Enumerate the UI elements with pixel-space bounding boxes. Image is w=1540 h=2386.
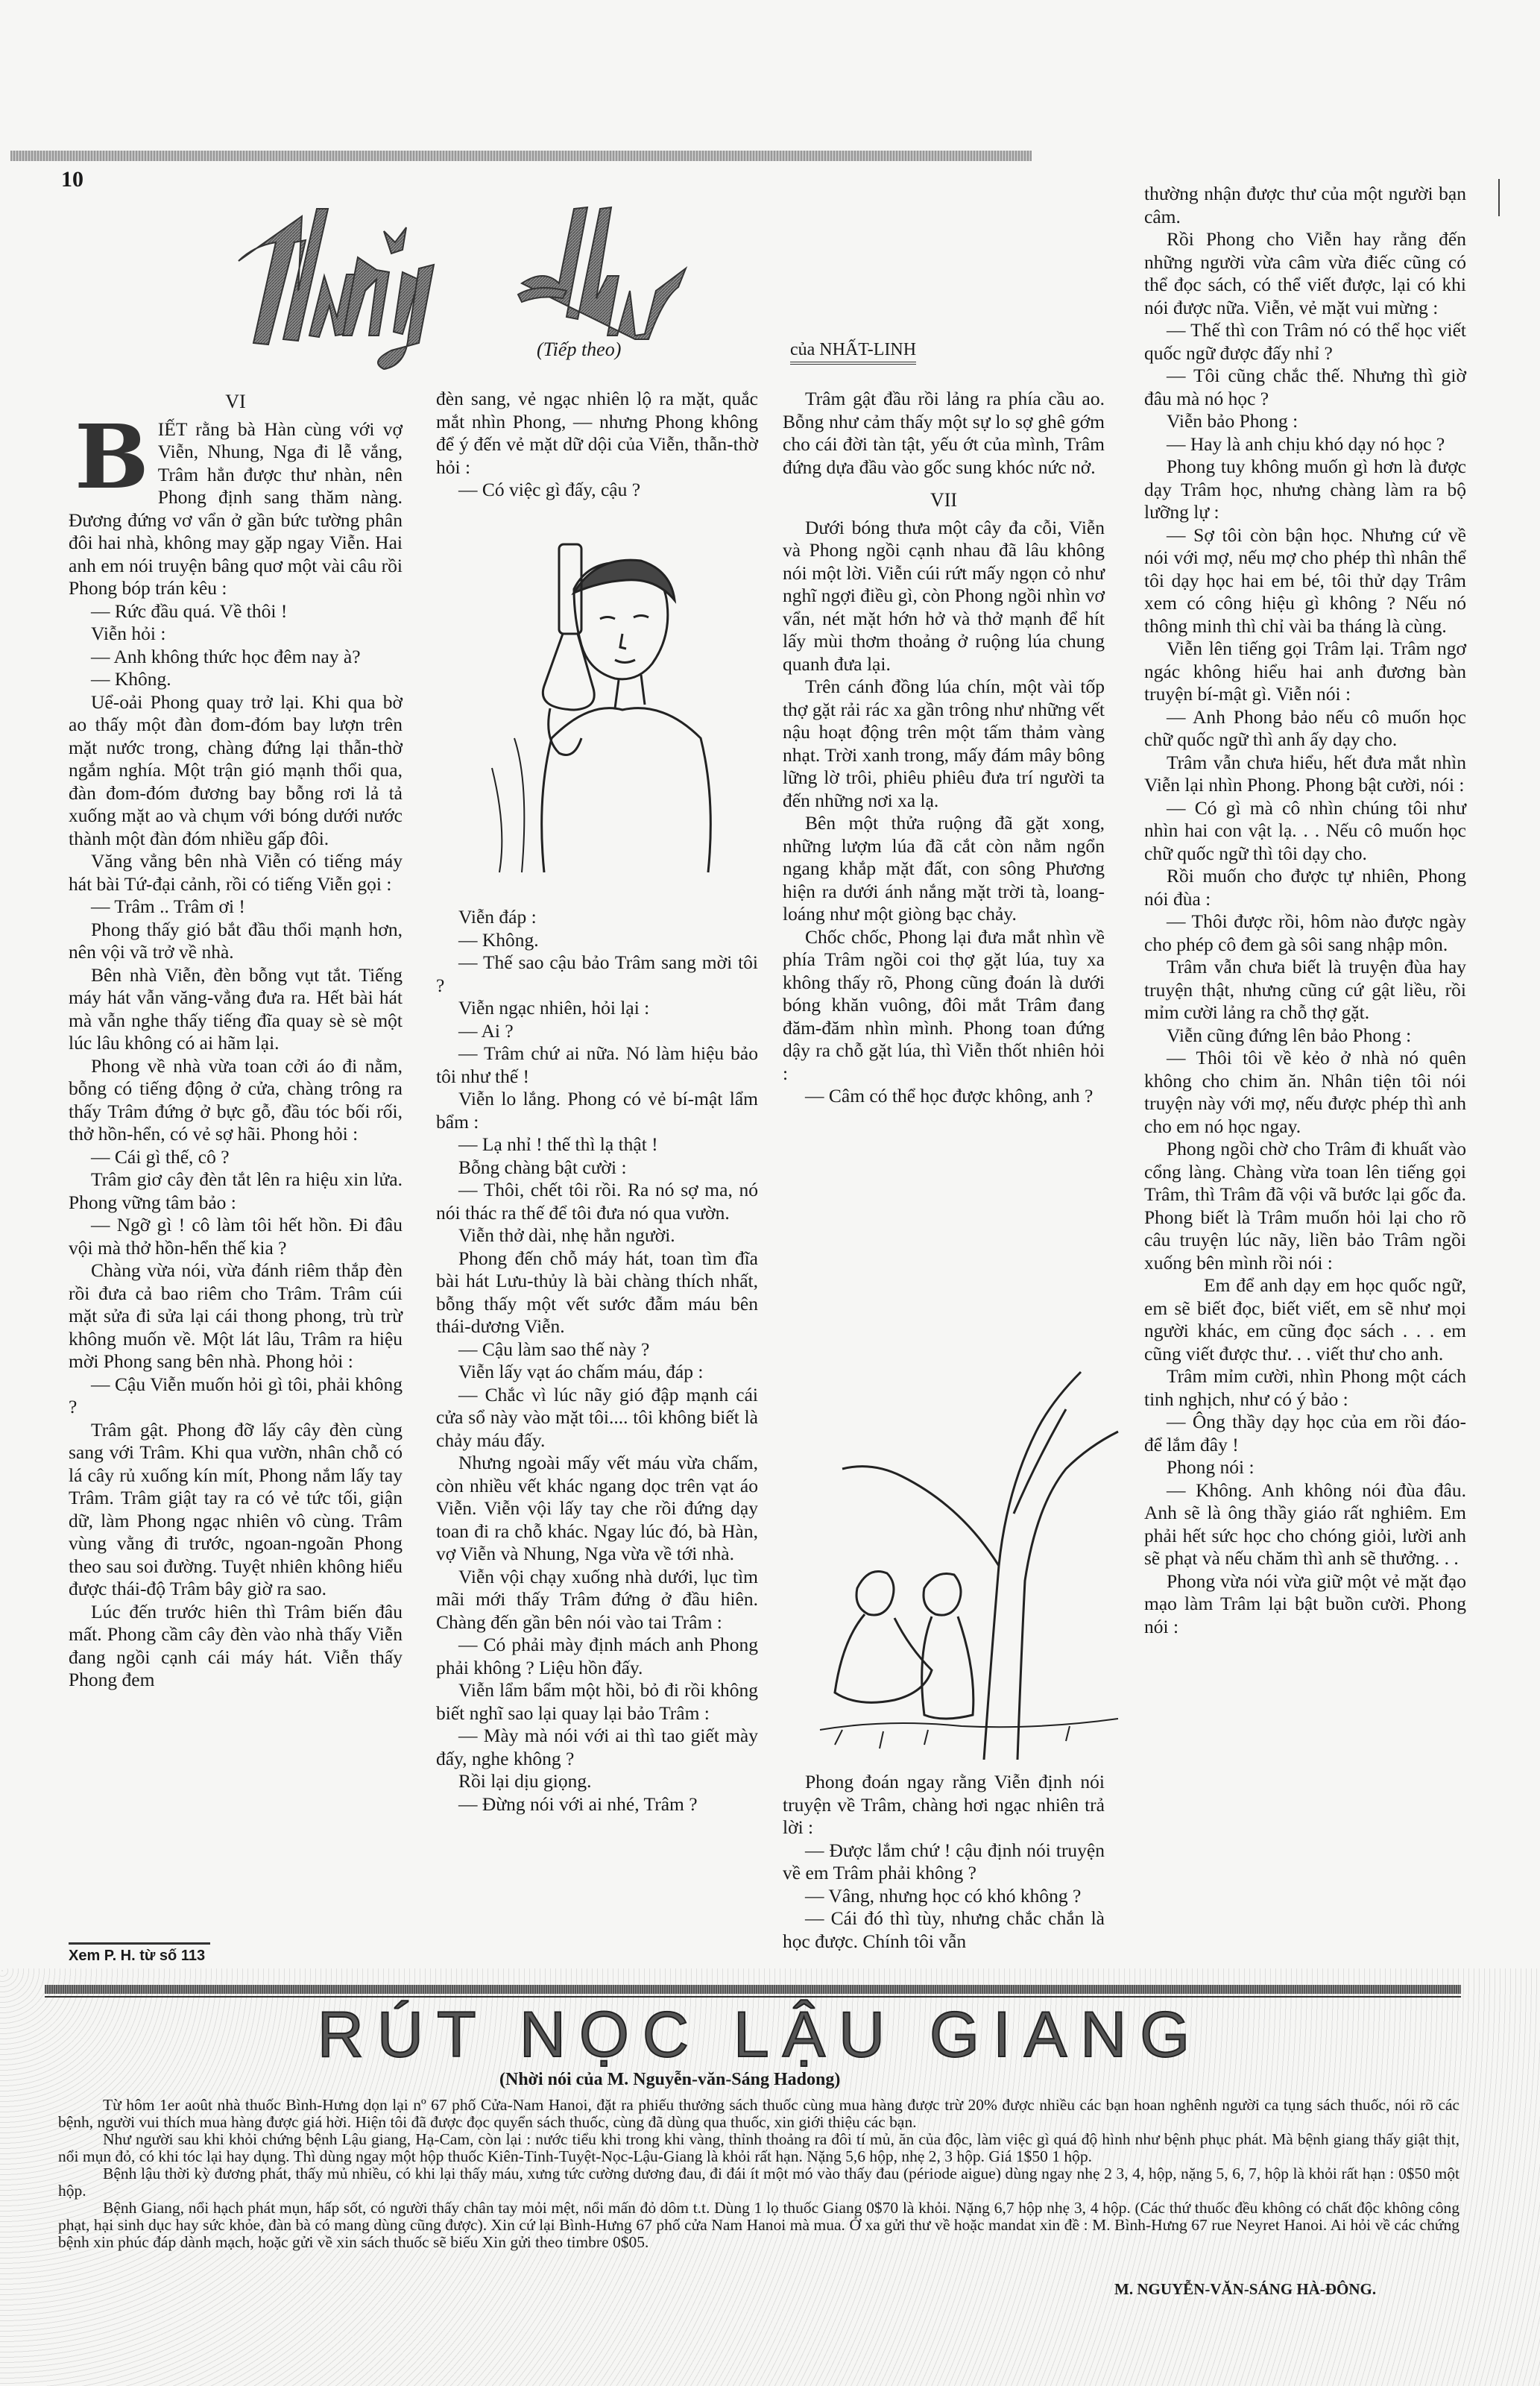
margin-mark — [1498, 179, 1500, 216]
paragraph: Nhưng ngoài mấy vết máu vừa chấm, còn nh… — [436, 1452, 758, 1566]
paragraph: Dưới bóng thưa một cây đa cỗi, Viễn và P… — [783, 517, 1105, 676]
paragraph: Trâm mỉm cười, nhìn Phong một cách tinh … — [1144, 1365, 1466, 1411]
ad-paragraph: Như người sau khi khỏi chứng bệnh Lậu gi… — [58, 2131, 1459, 2165]
paragraph: Bỗng chàng bật cười : — [436, 1156, 758, 1180]
paragraph: — Không. Anh không nói đùa đâu. Anh sẽ l… — [1144, 1479, 1466, 1570]
paragraph: — Mày mà nói với ai thì tao giết mày đấy… — [436, 1725, 758, 1770]
page-number: 10 — [61, 167, 83, 192]
paragraph: Phong nói : — [1144, 1456, 1466, 1479]
paragraph: Trâm gật đầu rồi lảng ra phía cầu ao. Bỗ… — [783, 388, 1105, 479]
illustration-woman-holding-lamp — [462, 514, 745, 887]
story-column-2-top: đèn sang, vẻ ngạc nhiên lộ ra mặt, quắc … — [436, 388, 758, 502]
paragraph: Rồi muốn cho được tự nhiên, Phong nói đù… — [1144, 865, 1466, 910]
paragraph: — Có việc gì đấy, cậu ? — [436, 479, 758, 502]
paragraph: Bên nhà Viễn, đèn bỗng vụt tắt. Tiếng má… — [69, 964, 403, 1055]
paragraph: Viễn hỏi : — [69, 623, 403, 646]
ad-paragraph: Từ hôm 1er août nhà thuốc Bình-Hưng dọn … — [58, 2097, 1459, 2131]
paragraph: — Thôi tôi về kẻo ở nhà nó quên không ch… — [1144, 1047, 1466, 1138]
paragraph: — Có gì mà cô nhìn chúng tôi như nhìn ha… — [1144, 797, 1466, 866]
paragraph: Phong đến chỗ máy hát, toan tìm đĩa bài … — [436, 1247, 758, 1338]
paragraph: Bên một thửa ruộng đã gặt xong, những lư… — [783, 812, 1105, 926]
ad-divider — [45, 1985, 1461, 1994]
paragraph: — Thế sao cậu bảo Trâm sang mời tôi ? — [436, 951, 758, 997]
paragraph: — Cái gì thế, cô ? — [69, 1146, 403, 1169]
paragraph: Viễn cũng đứng lên bảo Phong : — [1144, 1024, 1466, 1048]
paragraph: Văng vẳng bên nhà Viễn có tiếng máy hát … — [69, 850, 403, 895]
ad-divider-line — [45, 1996, 1461, 1998]
ad-subtitle: (Nhời nói của M. Nguyễn-văn-Sáng Hadong) — [499, 2070, 840, 2090]
paragraph: — Không. — [436, 929, 758, 952]
paragraph: Phong đoán ngay rằng Viễn định nói truyệ… — [783, 1771, 1105, 1839]
chapter-heading: VII — [783, 489, 1105, 512]
paragraph: Viễn ngạc nhiên, hỏi lại : — [436, 997, 758, 1020]
paragraph: — Có phải mày định mách anh Phong phải k… — [436, 1634, 758, 1679]
paragraph: — Rức đầu quá. Về thôi ! — [69, 600, 403, 623]
top-rule — [10, 151, 1032, 161]
paragraph: đèn sang, vẻ ngạc nhiên lộ ra mặt, quắc … — [436, 388, 758, 479]
drop-cap: B — [75, 423, 149, 491]
paragraph: Viễn lên tiếng gọi Trâm lại. Trâm ngơ ng… — [1144, 638, 1466, 706]
story-column-4: thường nhận được thư của một người bạn c… — [1144, 183, 1466, 1638]
story-column-2-bottom: Viễn đáp : — Không. — Thế sao cậu bảo Tr… — [436, 906, 758, 1816]
story-column-3-top: Trâm gật đầu rồi lảng ra phía cầu ao. Bỗ… — [783, 388, 1105, 1108]
paragraph: Trên cánh đồng lúa chín, một vài tốp thợ… — [783, 676, 1105, 812]
paragraph: — Chắc vì lúc nãy gió đập mạnh cái cửa s… — [436, 1384, 758, 1452]
paragraph: — Anh Phong bảo nếu cô muốn học chữ quốc… — [1144, 706, 1466, 752]
paragraph: — Cái đó thì tùy, nhưng chắc chắn là học… — [783, 1907, 1105, 1953]
paragraph: Viễn lo lắng. Phong có vẻ bí-mật lẩm bẩm… — [436, 1088, 758, 1133]
paragraph: Phong ngồi chờ cho Trâm đi khuất vào cổn… — [1144, 1138, 1466, 1274]
paragraph: — Ông thầy dạy học của em rồi đáo-để lắm… — [1144, 1411, 1466, 1456]
paragraph: — Thế thì con Trâm nó có thể học viết qu… — [1144, 319, 1466, 365]
illustration-couple-under-banyan-tree — [812, 1342, 1126, 1760]
paragraph: — Thôi được rồi, hôm nào được ngày cho p… — [1144, 910, 1466, 956]
paragraph: — Được lắm chứ ! cậu định nói truyện về … — [783, 1839, 1105, 1885]
paragraph: Trâm gật. Phong đỡ lấy cây đèn cùng sang… — [69, 1419, 403, 1601]
paragraph: Chốc chốc, Phong lại đưa mắt nhìn về phí… — [783, 926, 1105, 1086]
paragraph: Lúc đến trước hiên thì Trâm biến đâu mất… — [69, 1601, 403, 1692]
paragraph: — Ngỡ gì ! cô làm tôi hết hồn. Đi đâu vộ… — [69, 1214, 403, 1259]
paragraph: Phong về nhà vừa toan cởi áo đi nằm, bỗn… — [69, 1055, 403, 1146]
paragraph: Trâm vẫn chưa biết là truyện đùa hay tru… — [1144, 956, 1466, 1024]
ad-paragraph: Bệnh Giang, nổi hạch phát mụn, hấp sốt, … — [58, 2200, 1459, 2251]
paragraph: Viễn vội chạy xuống nhà dưới, lục tìm mã… — [436, 1566, 758, 1634]
paragraph: — Ai ? — [436, 1020, 758, 1043]
paragraph: Trâm vẫn chưa hiểu, hết đưa mắt nhìn Viễ… — [1144, 752, 1466, 797]
paragraph: Trâm giơ cây đèn tắt lên ra hiệu xin lửa… — [69, 1168, 403, 1214]
paragraph: — Hay là anh chịu khó dạy nó học ? — [1144, 433, 1466, 456]
story-column-1: VI BIẾT rằng bà Hàn cùng với vợ Viễn, Nh… — [69, 388, 403, 1692]
ad-paragraph: Bệnh lậu thời kỳ đương phát, thấy mủ nhi… — [58, 2165, 1459, 2200]
paragraph: thường nhận được thư của một người bạn c… — [1144, 183, 1466, 228]
paragraph: — Câm có thể học được không, anh ? — [783, 1085, 1105, 1108]
paragraph: Phong thấy gió bắt đầu thổi mạnh hơn, nê… — [69, 919, 403, 964]
continued-label: (Tiếp theo) — [537, 339, 621, 361]
paragraph: — Cậu làm sao thế này ? — [436, 1338, 758, 1362]
paragraph: Viễn lẩm bẩm một hồi, bỏ đi rồi không bi… — [436, 1679, 758, 1725]
story-column-3-bottom: Phong đoán ngay rằng Viễn định nói truyệ… — [783, 1771, 1105, 1953]
paragraph: Rồi lại dịu giọng. — [436, 1770, 758, 1793]
ad-headline: RÚT NỌC LẬU GIANG — [268, 1998, 1252, 2072]
paragraph: — Thôi, chết tôi rồi. Ra nó sợ ma, nó nó… — [436, 1179, 758, 1224]
paragraph: — Trâm chứ ai nữa. Nó làm hiệu bảo tôi n… — [436, 1042, 758, 1088]
paragraph: — Sợ tôi còn bận học. Nhưng cứ về nói vớ… — [1144, 524, 1466, 638]
paragraph: — Anh không thức học đêm nay à? — [69, 646, 403, 669]
paragraph: — Tôi cũng chắc thế. Nhưng thì giờ đâu m… — [1144, 365, 1466, 410]
paragraph: Viễn đáp : — [436, 906, 758, 929]
ad-body: Từ hôm 1er août nhà thuốc Bình-Hưng dọn … — [58, 2097, 1459, 2251]
author-byline: của NHẤT-LINH — [790, 340, 916, 365]
paragraph: Em để anh dạy em học quốc ngữ, em sẽ biế… — [1144, 1274, 1466, 1365]
paragraph: Phong tuy không muốn gì hơn là được dạy … — [1144, 456, 1466, 524]
paragraph: — Cậu Viễn muốn hỏi gì tôi, phải không ? — [69, 1373, 403, 1419]
paragraph: Phong vừa nói vừa giữ một vẻ mặt đạo mạo… — [1144, 1570, 1466, 1639]
paragraph: Viễn thở dài, nhẹ hẳn người. — [436, 1224, 758, 1247]
paragraph: Uể-oải Phong quay trở lại. Khi qua bờ ao… — [69, 691, 403, 851]
paragraph: — Trâm .. Trâm ơi ! — [69, 895, 403, 919]
ad-signature: M. NGUYỄN-VĂN-SÁNG HÀ-ĐÔNG. — [1114, 2280, 1376, 2299]
paragraph: — Vâng, nhưng học có khó không ? — [783, 1885, 1105, 1908]
paragraph: Viễn lấy vạt áo chấm máu, đáp : — [436, 1361, 758, 1384]
paragraph: BIẾT rằng bà Hàn cùng với vợ Viễn, Nhung… — [69, 418, 403, 600]
paragraph: Viễn bảo Phong : — [1144, 410, 1466, 433]
paragraph: — Lạ nhỉ ! thế thì lạ thật ! — [436, 1133, 758, 1156]
paragraph: — Đừng nói với ai nhé, Trâm ? — [436, 1793, 758, 1816]
paragraph: — Không. — [69, 668, 403, 691]
see-also-note: Xem P. H. từ số 113 — [69, 1942, 210, 1965]
paragraph: Rồi Phong cho Viễn hay rằng đến những ng… — [1144, 228, 1466, 319]
paragraph: Chàng vừa nói, vừa đánh riêm thắp đèn rồ… — [69, 1259, 403, 1373]
